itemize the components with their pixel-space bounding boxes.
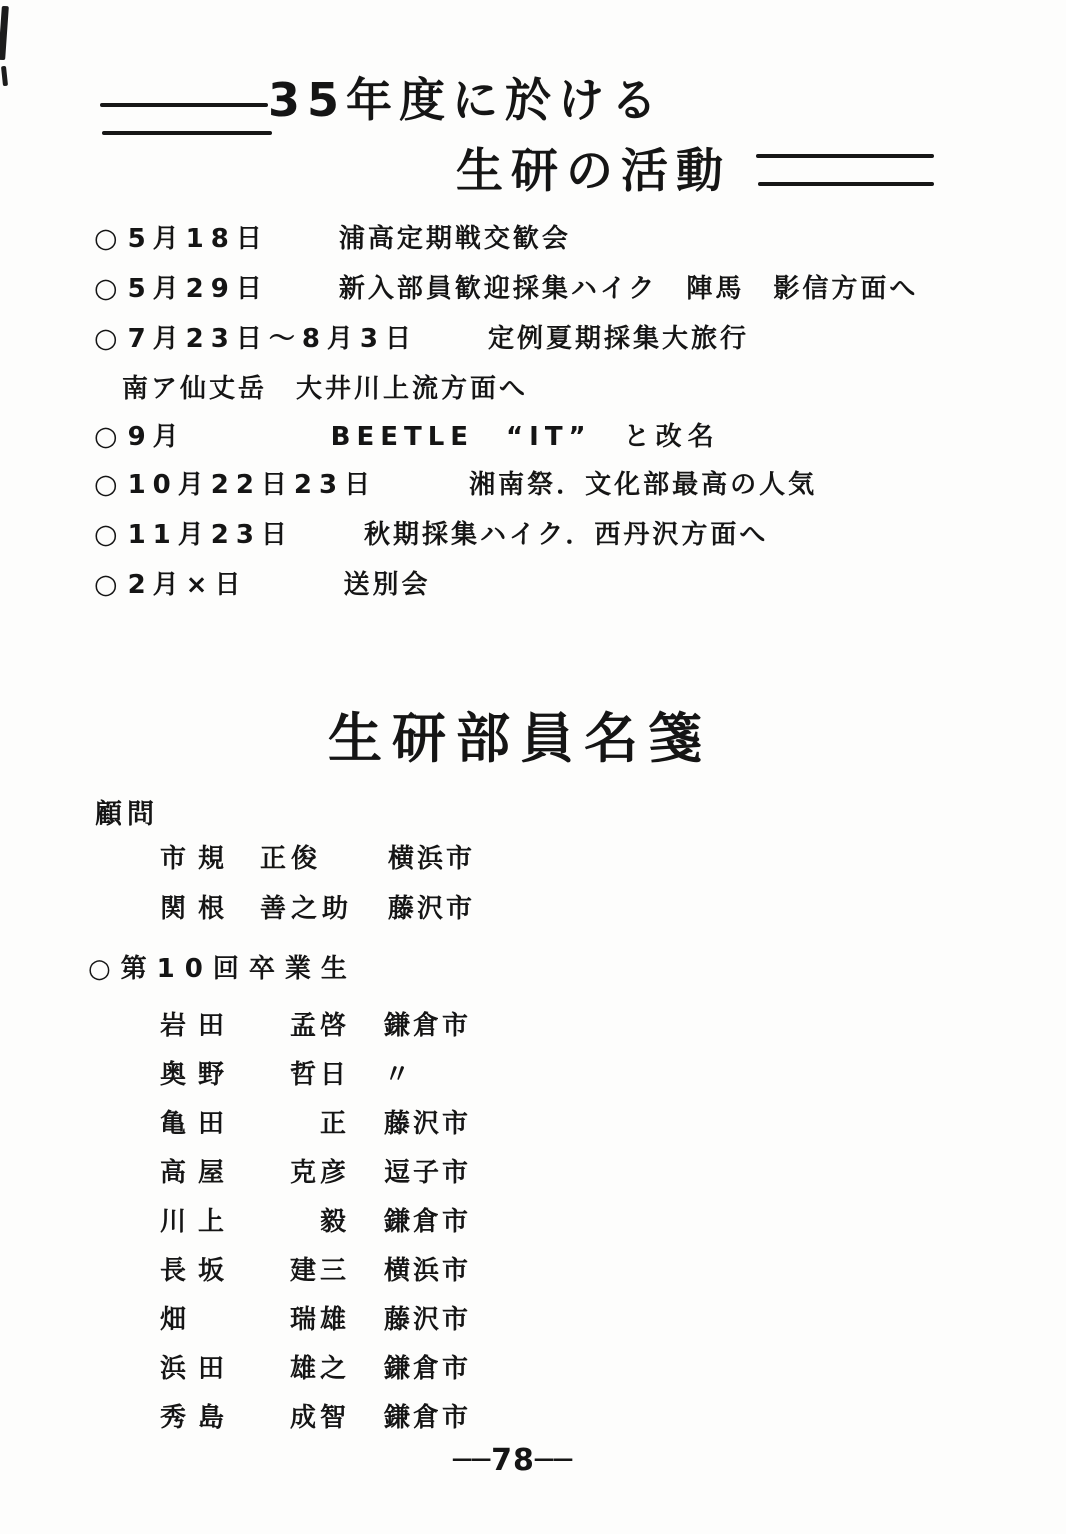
event-row: ○11月23日秋期採集ハイク．西丹沢方面へ [94,514,768,551]
member-surname: 浜田 [160,1348,260,1385]
member-row: 川上毅鎌倉市 [160,1201,471,1238]
event-description: 浦高定期戦交歓会 [339,224,571,254]
graduates-label: ○第10回卒業生 [88,948,357,985]
member-surname: 川上 [160,1201,260,1238]
event-description: 南ア仙丈岳 大井川上流方面へ [122,374,528,404]
event-date: 5月29日 [128,274,269,304]
title-rule-right-bottom [758,182,934,186]
member-given-name: 毅 [260,1201,350,1238]
event-date: 10月22日23日 [128,470,378,500]
member-surname: 高屋 [160,1152,260,1189]
member-surname: 畑 [160,1299,260,1336]
event-row: ○2月×日送別会 [94,564,430,601]
advisor-row: 関根善之助藤沢市 [160,888,475,925]
member-row: 長坂建三横浜市 [160,1250,471,1287]
event-bullet: ○ [94,469,118,500]
event-date: 5月18日 [128,224,269,254]
member-city: 鎌倉市 [384,1348,471,1385]
member-city: 藤沢市 [384,1299,471,1336]
event-description: 定例夏期採集大旅行 [488,324,749,354]
scan-artifact [1,66,8,86]
event-date: 2月×日 [128,570,248,600]
member-row: 高屋克彦逗子市 [160,1152,471,1189]
member-surname: 長坂 [160,1250,260,1287]
member-city: 鎌倉市 [384,1397,471,1434]
event-bullet: ○ [94,421,118,452]
member-surname: 亀田 [160,1103,260,1140]
member-surname: 秀島 [160,1397,260,1434]
event-row: ○7月23日～8月3日定例夏期採集大旅行 [94,318,749,355]
member-city: 鎌倉市 [384,1201,471,1238]
event-description: 秋期採集ハイク．西丹沢方面へ [364,520,768,550]
advisor-given-name: 正俊 [260,838,380,875]
member-surname: 岩田 [160,1005,260,1042]
member-row: 秀島成智鎌倉市 [160,1397,471,1434]
event-description: 湘南祭．文化部最高の人気 [469,470,817,500]
member-row: 浜田雄之鎌倉市 [160,1348,471,1385]
page-title-line-2: 生研の活動 [456,134,731,201]
event-bullet: ○ [94,323,118,354]
event-row: ○10月22日23日湘南祭．文化部最高の人気 [94,464,817,501]
event-bullet: ○ [94,519,118,550]
event-row: ○5月29日新入部員歓迎採集ハイク 陣馬 影信方面へ [94,268,918,305]
member-given-name: 建三 [260,1250,350,1287]
advisor-row: 市規正俊横浜市 [160,838,475,875]
member-given-name: 瑞雄 [260,1299,350,1336]
event-description: 送別会 [343,570,430,600]
advisor-city: 藤沢市 [388,888,475,925]
scanned-document-page: 35年度に於ける 生研の活動 ○5月18日浦高定期戦交歓会 ○5月29日新入部員… [0,0,1066,1534]
event-date: 11月23日 [128,520,294,550]
title-rule-right-top [756,154,934,158]
roster-heading: 生研部員名箋 [328,696,712,773]
member-city-ditto: 〃 [384,1054,413,1091]
event-description: 新入部員歓迎採集ハイク 陣馬 影信方面へ [339,274,918,304]
advisor-city: 横浜市 [388,838,475,875]
page-title-line-1: 35年度に於ける [268,64,664,130]
advisor-given-name: 善之助 [260,888,380,925]
member-city: 逗子市 [384,1152,471,1189]
event-date: 7月23日～8月3日 [128,324,418,354]
member-given-name: 正 [260,1103,350,1140]
event-row: ○9月BEETLE “IT” と改名 [94,416,720,453]
member-given-name: 孟啓 [260,1005,350,1042]
advisor-surname: 関根 [160,888,260,925]
scan-artifact [0,6,9,60]
event-bullet: ○ [94,569,118,600]
member-city: 鎌倉市 [384,1005,471,1042]
member-surname: 奥野 [160,1054,260,1091]
member-row: 亀田正藤沢市 [160,1103,471,1140]
member-given-name: 雄之 [260,1348,350,1385]
advisor-surname: 市規 [160,838,260,875]
member-city: 横浜市 [384,1250,471,1287]
member-city: 藤沢市 [384,1103,471,1140]
member-row: 奥野哲日〃 [160,1054,413,1091]
member-row: 畑瑞雄藤沢市 [160,1299,471,1336]
member-given-name: 成智 [260,1397,350,1434]
event-bullet: ○ [94,223,118,254]
member-row: 岩田孟啓鎌倉市 [160,1005,471,1042]
advisors-label: 顧問 [95,792,159,831]
event-date: 9月 [128,422,186,452]
page-number: ──78── [0,1443,1026,1478]
event-bullet: ○ [94,273,118,304]
member-given-name: 哲日 [260,1054,350,1091]
title-rule-left-top [100,103,268,107]
title-rule-left-bottom [102,131,272,135]
event-row-continuation: 南ア仙丈岳 大井川上流方面へ [122,368,528,405]
event-description: BEETLE “IT” と改名 [331,422,720,452]
event-row: ○5月18日浦高定期戦交歓会 [94,218,571,255]
member-given-name: 克彦 [260,1152,350,1189]
